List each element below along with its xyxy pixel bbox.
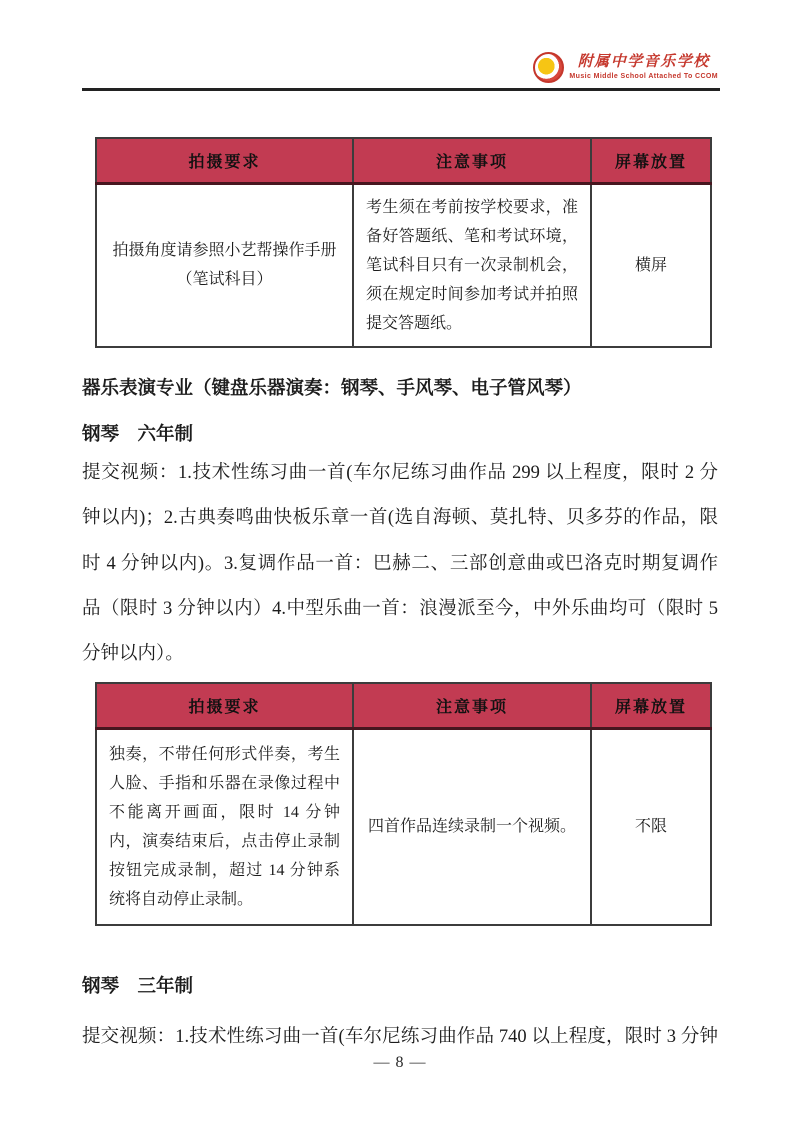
school-logo: 附属中学音乐学校 Music Middle School Attached To… — [533, 52, 718, 83]
piano-performance-requirements-table: 拍摄要求 注意事项 屏幕放置 独奏，不带任何形式伴奏，考生人脸、手指和乐器在录像… — [95, 682, 712, 926]
table-row: 独奏，不带任何形式伴奏，考生人脸、手指和乐器在录像过程中不能离开画面，限时 14… — [96, 728, 711, 925]
header-cell-screen-placement: 屏幕放置 — [591, 683, 711, 728]
school-name-chinese: 附属中学音乐学校 — [578, 52, 710, 72]
header-cell-notes: 注意事项 — [353, 683, 591, 728]
header-cell-notes: 注意事项 — [353, 138, 591, 183]
paragraph-line: 时 4 分钟以内)。3.复调作品一首：巴赫二、三部创意曲或巴洛克时期复调作 — [82, 542, 718, 587]
header-cell-shooting-requirements: 拍摄要求 — [96, 683, 353, 728]
header-cell-screen-placement: 屏幕放置 — [591, 138, 711, 183]
school-logo-text: 附属中学音乐学校 Music Middle School Attached To… — [569, 52, 718, 81]
header-divider-rule — [82, 88, 720, 91]
piano-six-year-heading: 钢琴 六年制 — [82, 421, 722, 449]
written-exam-requirements-table: 拍摄要求 注意事项 屏幕放置 拍摄角度请参照小艺帮操作手册 （笔试科目） 考生须… — [95, 137, 712, 348]
piano-three-year-heading: 钢琴 三年制 — [82, 973, 722, 1001]
cell-shooting-requirements: 独奏，不带任何形式伴奏，考生人脸、手指和乐器在录像过程中不能离开画面，限时 14… — [96, 728, 353, 925]
school-name-english: Music Middle School Attached To CCOM — [569, 72, 718, 81]
major-section-heading: 器乐表演专业（键盘乐器演奏：钢琴、手风琴、电子管风琴） — [82, 375, 722, 403]
school-emblem-icon — [533, 52, 564, 83]
table-row: 拍摄角度请参照小艺帮操作手册 （笔试科目） 考生须在考前按学校要求，准备好答题纸… — [96, 183, 711, 347]
document-page: { "logo": { "cn_title": "附属中学音乐学校", "en_… — [0, 0, 800, 1131]
paragraph-line: 提交视频：1.技术性练习曲一首(车尔尼练习曲作品 299 以上程度，限时 2 分 — [82, 451, 718, 496]
cell-notes: 四首作品连续录制一个视频。 — [353, 728, 591, 925]
piano-six-year-paragraph: 提交视频：1.技术性练习曲一首(车尔尼练习曲作品 299 以上程度，限时 2 分… — [82, 451, 718, 677]
paragraph-line: 分钟以内）。 — [82, 632, 718, 677]
cell-screen-placement: 横屏 — [591, 183, 711, 347]
table-header-row: 拍摄要求 注意事项 屏幕放置 — [96, 138, 711, 183]
cell-shooting-requirements: 拍摄角度请参照小艺帮操作手册 （笔试科目） — [96, 183, 353, 347]
page-number: — 8 — — [0, 1054, 800, 1072]
cell-line: （笔试科目） — [109, 265, 340, 294]
cell-line: 拍摄角度请参照小艺帮操作手册 — [109, 236, 340, 265]
paragraph-line: 钟以内)；2.古典奏鸣曲快板乐章一首(选自海顿、莫扎特、贝多芬的作品，限 — [82, 496, 718, 541]
cell-screen-placement: 不限 — [591, 728, 711, 925]
paragraph-line: 品（限时 3 分钟以内）4.中型乐曲一首：浪漫派至今，中外乐曲均可（限时 5 — [82, 587, 718, 632]
header-cell-shooting-requirements: 拍摄要求 — [96, 138, 353, 183]
table-header-row: 拍摄要求 注意事项 屏幕放置 — [96, 683, 711, 728]
cell-notes: 考生须在考前按学校要求，准备好答题纸、笔和考试环境，笔试科目只有一次录制机会，须… — [353, 183, 591, 347]
